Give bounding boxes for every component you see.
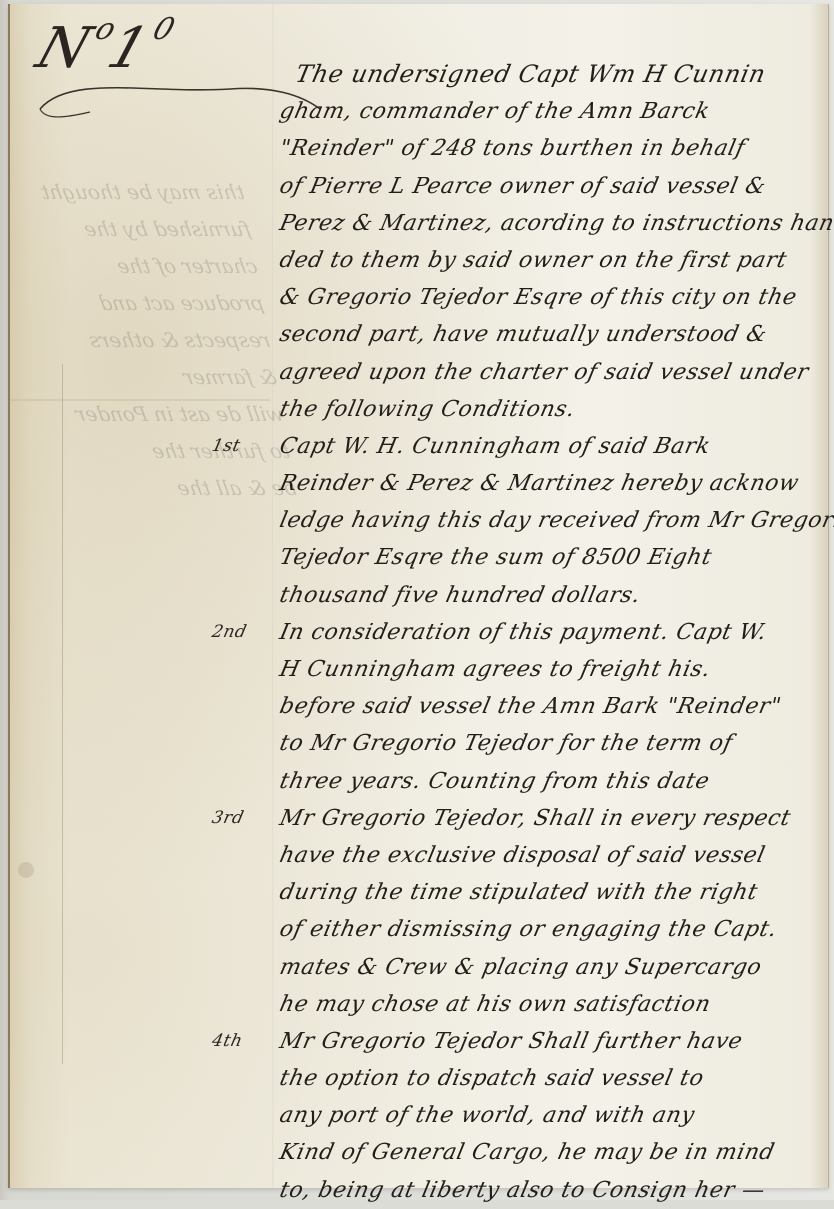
clause-line: Capt W. H. Cunningham of said Bark	[277, 434, 712, 459]
preamble-line: of Pierre L Pearce owner of said vessel …	[276, 168, 834, 205]
clause-line: to, being at liberty also to Consign her…	[276, 1172, 834, 1200]
preamble-line: the following Conditions.	[276, 391, 834, 428]
clause-line: Mr Gregorio Tejedor Shall further have	[277, 1029, 745, 1054]
preamble-line: "Reinder" of 248 tons burthen in behalf	[276, 130, 834, 167]
clause-line: to Mr Gregorio Tejedor for the term of	[276, 725, 834, 762]
paper-stain	[18, 862, 34, 878]
vertical-fold-crease	[272, 4, 274, 1188]
clause-line: the option to dispatch said vessel to	[276, 1060, 834, 1097]
clause-line: thousand five hundred dollars.	[276, 577, 834, 614]
clause-line: Mr Gregorio Tejedor, Shall in every resp…	[277, 806, 793, 831]
clause-line: ledge having this day received from Mr G…	[276, 502, 834, 539]
preamble-line: The undersigned Capt Wm H Cunnin	[276, 56, 834, 93]
clause-2: 2nd In consideration of this payment. Ca…	[280, 614, 830, 800]
clause-line: any port of the world, and with any	[276, 1097, 834, 1134]
preamble-line: ded to them by said owner on the first p…	[276, 242, 834, 279]
clause-line: have the exclusive disposal of said vess…	[276, 837, 834, 874]
clause-1: 1st Capt W. H. Cunningham of said Bark R…	[280, 428, 830, 614]
clause-number: 4th	[208, 1023, 246, 1060]
clause-number: 3rd	[208, 800, 247, 837]
manuscript-body: The undersigned Capt Wm H Cunnin gham, c…	[280, 56, 830, 1200]
preamble-line: gham, commander of the Amn Barck	[276, 93, 834, 130]
manuscript-page: this may be thought furnished by the cha…	[8, 4, 829, 1188]
preamble-line: Perez & Martinez, acording to instructio…	[276, 205, 834, 242]
preamble-line: agreed upon the charter of said vessel u…	[276, 354, 834, 391]
clause-4: 4th Mr Gregorio Tejedor Shall further ha…	[280, 1023, 830, 1200]
clause-line: Tejedor Esqre the sum of 8500 Eight	[276, 539, 834, 576]
clause-line: during the time stipulated with the righ…	[276, 874, 834, 911]
clause-line: Kind of General Cargo, he may be in mind	[276, 1134, 834, 1171]
clause-line: he may chose at his own satisfaction	[276, 986, 834, 1023]
clause-line: before said vessel the Amn Bark "Reinder…	[276, 688, 834, 725]
preamble-line: & Gregorio Tejedor Esqre of this city on…	[276, 279, 834, 316]
preamble: The undersigned Capt Wm H Cunnin gham, c…	[280, 56, 830, 428]
preamble-line: second part, have mutually understood &	[276, 316, 834, 353]
clause-number: 2nd	[208, 614, 250, 651]
clause-line: In consideration of this payment. Capt W…	[277, 620, 769, 645]
margin-crease	[62, 364, 63, 1064]
clause-line: H Cunningham agrees to freight his.	[276, 651, 834, 688]
clause-line: of either dismissing or engaging the Cap…	[276, 911, 834, 948]
clause-line: Reinder & Perez & Martinez hereby acknow	[276, 465, 834, 502]
clause-3: 3rd Mr Gregorio Tejedor, Shall in every …	[280, 800, 830, 1023]
clause-line: mates & Crew & placing any Supercargo	[276, 949, 834, 986]
clause-line: three years. Counting from this date	[276, 763, 834, 800]
